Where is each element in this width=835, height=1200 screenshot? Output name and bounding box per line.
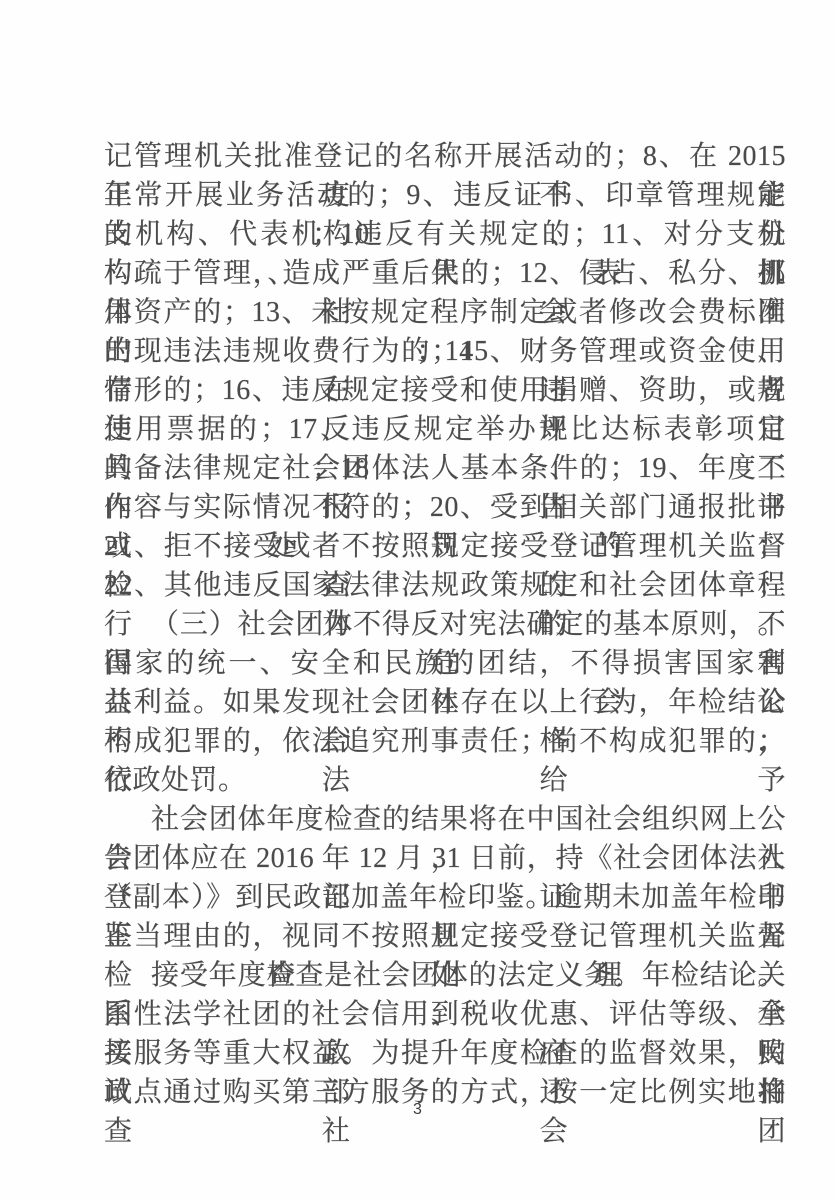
text-line: 正常开展业务活动的；9、违反证书、印章管理规定的；10、分 xyxy=(104,176,786,215)
body-text: 记管理机关批准登记的名称开展活动的；8、在 2015 年度不能 正常开展业务活动… xyxy=(104,137,786,1112)
page-number: 3 xyxy=(0,1100,835,1120)
text-line: 记管理机关批准登记的名称开展活动的；8、在 2015 年度不能 xyxy=(104,137,786,176)
text-line: 买服务等重大权益。为提升年度检查的监督效果，民政部还将 xyxy=(104,1034,786,1073)
text-line: 内容与实际情况不符的；20、受到相关部门通报批评或处罚的； xyxy=(104,488,786,527)
text-line: 22、其他违反国家法律法规政策规定和社会团体章程行为的。 xyxy=(104,566,786,605)
text-line: 共利益。如果发现社会团体存在以上行为，年检结论不合格； xyxy=(104,683,786,722)
text-line: 具备法律规定社会团体法人基本条件的；19、年度工作报告书 xyxy=(104,449,786,488)
text-line: 使用票据的；17、违反规定举办评比达标表彰项目的；18、不 xyxy=(104,410,786,449)
text-line: 情形的；16、违反规定接受和使用捐赠、资助，或者违反规定 xyxy=(104,371,786,410)
text-line: 国家的统一、安全和民族的团结，不得损害国家利益、社会公 xyxy=(104,644,786,683)
text-line: 构成犯罪的，依法追究刑事责任；尚不构成犯罪的，依法给予 xyxy=(104,722,786,761)
text-line: 体资产的；13、未按规定程序制定或者修改会费标准的；14、 xyxy=(104,293,786,332)
text-line: 支机构、代表机构违反有关规定的；11、对分支机构、代表机 xyxy=(104,215,786,254)
text-line paragraph-start: 接受年度检查是社会团体的法定义务。年检结论关系到全 xyxy=(104,956,786,995)
text-line: 21、拒不接受或者不按照规定接受登记管理机关监督检查的； xyxy=(104,527,786,566)
document-page: 记管理机关批准登记的名称开展活动的；8、在 2015 年度不能 正常开展业务活动… xyxy=(0,0,835,1200)
text-line: 构疏于管理，造成严重后果的；12、侵占、私分、挪用社会团 xyxy=(104,254,786,293)
text-line: （副本）》到民政部加盖年检印鉴。逾期未加盖年检印鉴且无 xyxy=(104,878,786,917)
text-line paragraph-start: 社会团体年度检查的结果将在中国社会组织网上公告，社 xyxy=(104,800,786,839)
text-line paragraph-start: （三）社会团体不得反对宪法确定的基本原则，不得危害 xyxy=(104,605,786,644)
text-line: 正当理由的，视同不按照规定接受登记管理机关监督检查处理。 xyxy=(104,917,786,956)
text-line: 会团体应在 2016 年 12 月 31 日前，持《社会团体法人登记证书 xyxy=(104,839,786,878)
text-line: 国性法学社团的社会信用、税收优惠、评估等级、承接政府购 xyxy=(104,995,786,1034)
text-line: 出现违法违规收费行为的；15、财务管理或资金使用存在违规 xyxy=(104,332,786,371)
